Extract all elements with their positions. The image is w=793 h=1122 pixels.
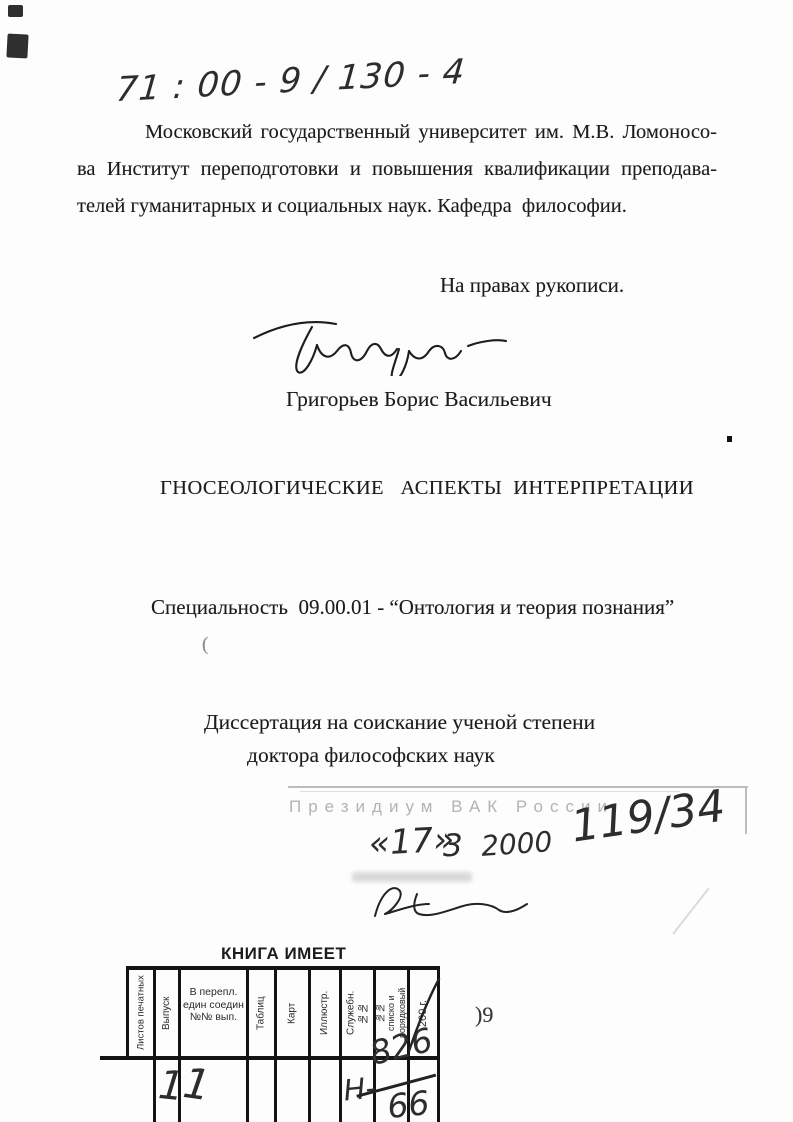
catalog-denominator: 66 bbox=[385, 1083, 431, 1122]
table-col-perepl: В перепл. един соедин №№ вып. bbox=[181, 970, 246, 1040]
table-col-vypusk: Выпуск bbox=[156, 970, 178, 1056]
dissertation-statement-line: Диссертация на соискание ученой степени bbox=[204, 710, 595, 735]
scan-artifact bbox=[6, 33, 28, 58]
faint-paren-mark: ( bbox=[202, 634, 208, 656]
table-col-illustr: Иллюстр. bbox=[311, 970, 339, 1056]
faint-diagonal-mark bbox=[672, 888, 709, 935]
institution-line: ва Институт переподготовки и повышения к… bbox=[77, 158, 717, 181]
scan-artifact bbox=[8, 5, 23, 17]
stamp-border-top-2 bbox=[300, 791, 680, 792]
library-table-title: КНИГА ИМЕЕТ bbox=[221, 944, 346, 964]
table-col-tablic: Таблиц bbox=[249, 970, 274, 1056]
table-col-kart: Карт bbox=[277, 970, 308, 1056]
dissertation-statement-line: доктора философских наук bbox=[247, 743, 495, 768]
stamp-date-year: 2000 bbox=[480, 825, 553, 863]
stamp-org-text: Президиум ВАК России bbox=[289, 797, 614, 817]
institution-line: телей гуманитарных и социальных наук. Ка… bbox=[77, 195, 627, 218]
author-signature-scribble bbox=[248, 310, 510, 376]
table-col-listov: Листов печатных bbox=[129, 970, 153, 1056]
handwritten-scribble bbox=[363, 878, 543, 926]
stamp-date-month: 3 bbox=[443, 828, 463, 864]
scanned-title-page: 71 : 00 - 9 / 130 - 4 Московский государ… bbox=[0, 0, 793, 1122]
handwritten-call-number: 71 : 00 - 9 / 130 - 4 bbox=[114, 52, 467, 111]
institution-line: Московский государственный университет и… bbox=[145, 121, 717, 144]
manuscript-rights-note: На правах рукописи. bbox=[440, 273, 624, 298]
catalog-prefix: Н- bbox=[342, 1070, 378, 1107]
entry-perepl: 1 bbox=[180, 1058, 213, 1110]
specialty-line: Специальность 09.00.01 - “Онтология и те… bbox=[151, 595, 674, 620]
dissertation-title: ГНОСЕОЛОГИЧЕСКИЕ АСПЕКТЫ ИНТЕРПРЕТАЦИИ bbox=[160, 477, 694, 500]
stamp-border-right bbox=[745, 788, 747, 834]
ink-dot bbox=[727, 436, 732, 442]
year-fragment: )9 bbox=[475, 1002, 493, 1028]
author-name: Григорьев Борис Васильевич bbox=[286, 387, 552, 412]
